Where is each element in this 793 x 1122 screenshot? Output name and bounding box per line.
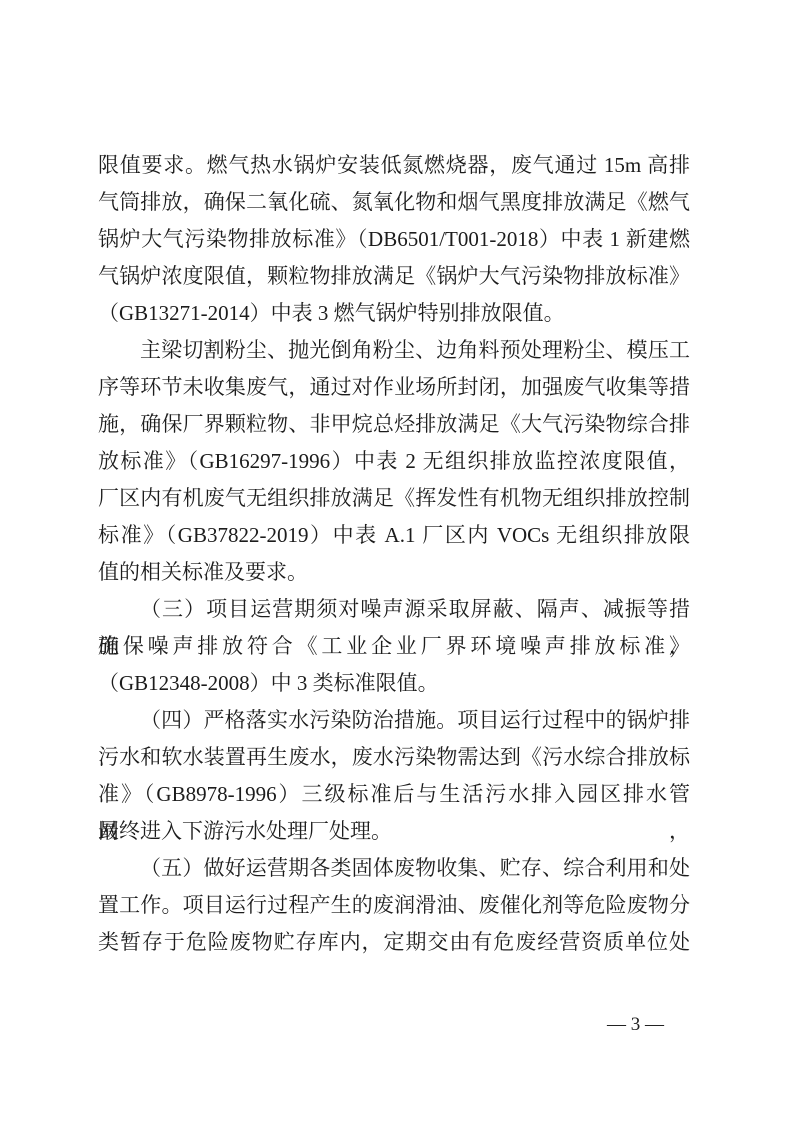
text-line-2: 气筒排放，确保二氧化硫、氮氧化物和烟气黑度排放满足《燃气	[98, 184, 690, 221]
text-line-7: 序等环节未收集废气，通过对作业场所封闭，加强废气收集等措	[98, 369, 690, 406]
text-line-4: 气锅炉浓度限值，颗粒物排放满足《锅炉大气污染物排放标准》	[98, 258, 690, 295]
text-line-8: 施，确保厂界颗粒物、非甲烷总烃排放满足《大气污染物综合排	[98, 406, 690, 443]
text-line-3: 锅炉大气污染物排放标准》（DB6501/T001-2018）中表 1 新建燃	[98, 221, 690, 258]
text-line-9: 放标准》（GB16297-1996）中表 2 无组织排放监控浓度限值，	[98, 443, 690, 480]
text-line-20: （五）做好运营期各类固体废物收集、贮存、综合利用和处	[98, 850, 690, 887]
text-line-18: 准》（GB8978-1996）三级标准后与生活污水排入园区排水管网，	[98, 776, 690, 813]
document-page: 限值要求。燃气热水锅炉安装低氮燃烧器，废气通过 15m 高排 气筒排放，确保二氧…	[0, 0, 793, 1122]
text-line-1: 限值要求。燃气热水锅炉安装低氮燃烧器，废气通过 15m 高排	[98, 147, 690, 184]
text-line-6: 主梁切割粉尘、抛光倒角粉尘、边角料预处理粉尘、模压工	[98, 332, 690, 369]
text-line-12: 值的相关标准及要求。	[98, 554, 690, 591]
text-line-10: 厂区内有机废气无组织排放满足《挥发性有机物无组织排放控制	[98, 480, 690, 517]
text-line-13: （三）项目运营期须对噪声源采取屏蔽、隔声、减振等措施，	[98, 591, 690, 628]
document-body: 限值要求。燃气热水锅炉安装低氮燃烧器，废气通过 15m 高排 气筒排放，确保二氧…	[98, 147, 690, 961]
text-line-15: （GB12348-2008）中 3 类标准限值。	[98, 665, 690, 702]
text-line-22: 类暂存于危险废物贮存库内，定期交由有危废经营资质单位处	[98, 924, 690, 961]
text-line-14: 确保噪声排放符合《工业企业厂界环境噪声排放标准》	[98, 628, 690, 665]
text-line-17: 污水和软水装置再生废水，废水污染物需达到《污水综合排放标	[98, 739, 690, 776]
text-line-16: （四）严格落实水污染防治措施。项目运行过程中的锅炉排	[98, 702, 690, 739]
text-line-21: 置工作。项目运行过程产生的废润滑油、废催化剂等危险废物分	[98, 887, 690, 924]
text-line-11: 标准》（GB37822-2019）中表 A.1 厂区内 VOCs 无组织排放限	[98, 517, 690, 554]
text-line-5: （GB13271-2014）中表 3 燃气锅炉特别排放限值。	[98, 295, 690, 332]
page-number: — 3 —	[553, 1013, 718, 1037]
